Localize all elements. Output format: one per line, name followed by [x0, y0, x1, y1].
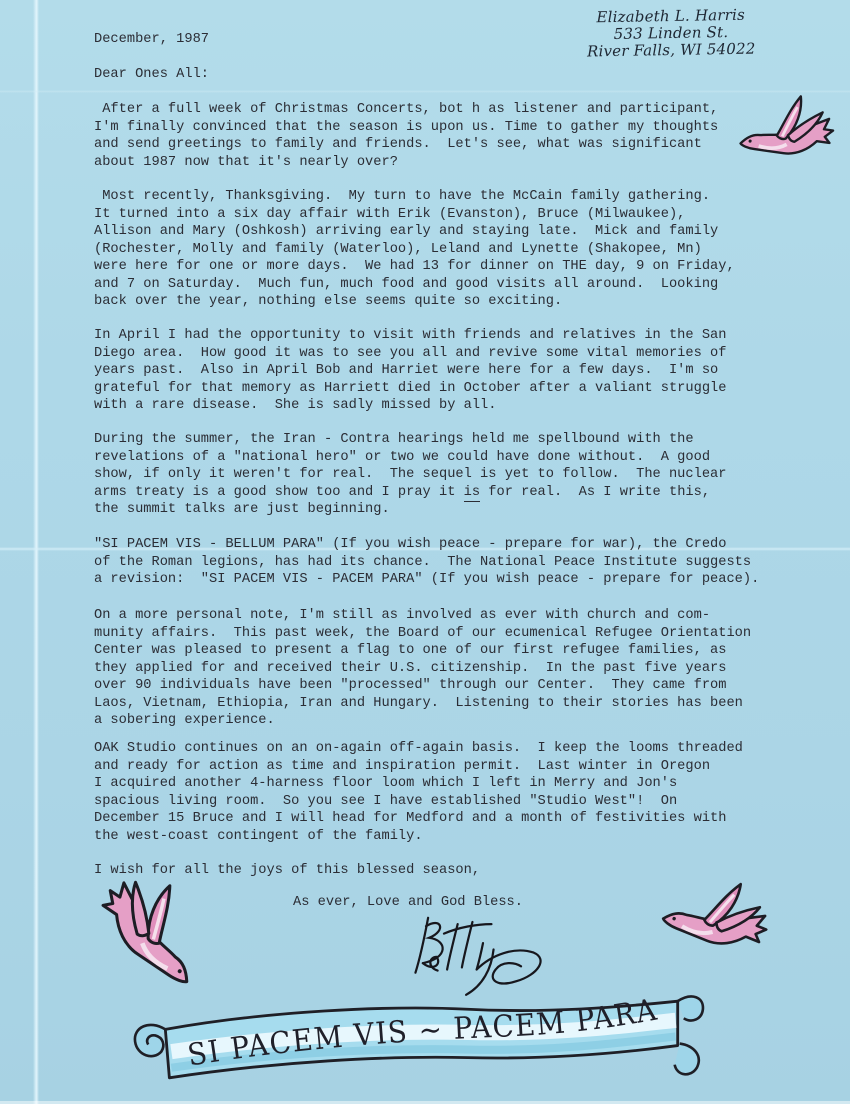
letterhead-city: River Falls, WI 54022 — [556, 40, 786, 61]
paragraph-si-pacem: "SI PACEM VIS - BELLUM PARA" (If you wis… — [94, 536, 759, 589]
letterhead: Elizabeth L. Harris 533 Linden St. River… — [556, 6, 787, 61]
letter-page: Elizabeth L. Harris 533 Linden St. River… — [0, 0, 850, 1104]
paragraph-thanksgiving: Most recently, Thanksgiving. My turn to … — [94, 188, 735, 311]
dove-icon — [726, 79, 850, 204]
banner-text: SI PACEM VIS ~ PACEM PARA — [185, 992, 660, 1073]
banner-ribbon: SI PACEM VIS ~ PACEM PARA — [125, 982, 715, 1100]
paragraph-christmas-concerts: After a full week of Christmas Concerts,… — [94, 101, 718, 171]
paragraph-oak-studio: OAK Studio continues on an on-again off-… — [94, 740, 743, 845]
fold-crease-vertical — [33, 0, 39, 1104]
letter-date: December, 1987 — [94, 31, 209, 49]
paragraph-iran-contra: During the summer, the Iran - Contra hea… — [94, 431, 726, 519]
underlined-word: is — [464, 485, 480, 502]
paragraph-refugee-center: On a more personal note, I'm still as in… — [94, 607, 751, 730]
paragraph-san-diego: In April I had the opportunity to visit … — [94, 327, 726, 415]
salutation: Dear Ones All: — [94, 66, 209, 84]
fold-crease-top — [0, 90, 850, 93]
